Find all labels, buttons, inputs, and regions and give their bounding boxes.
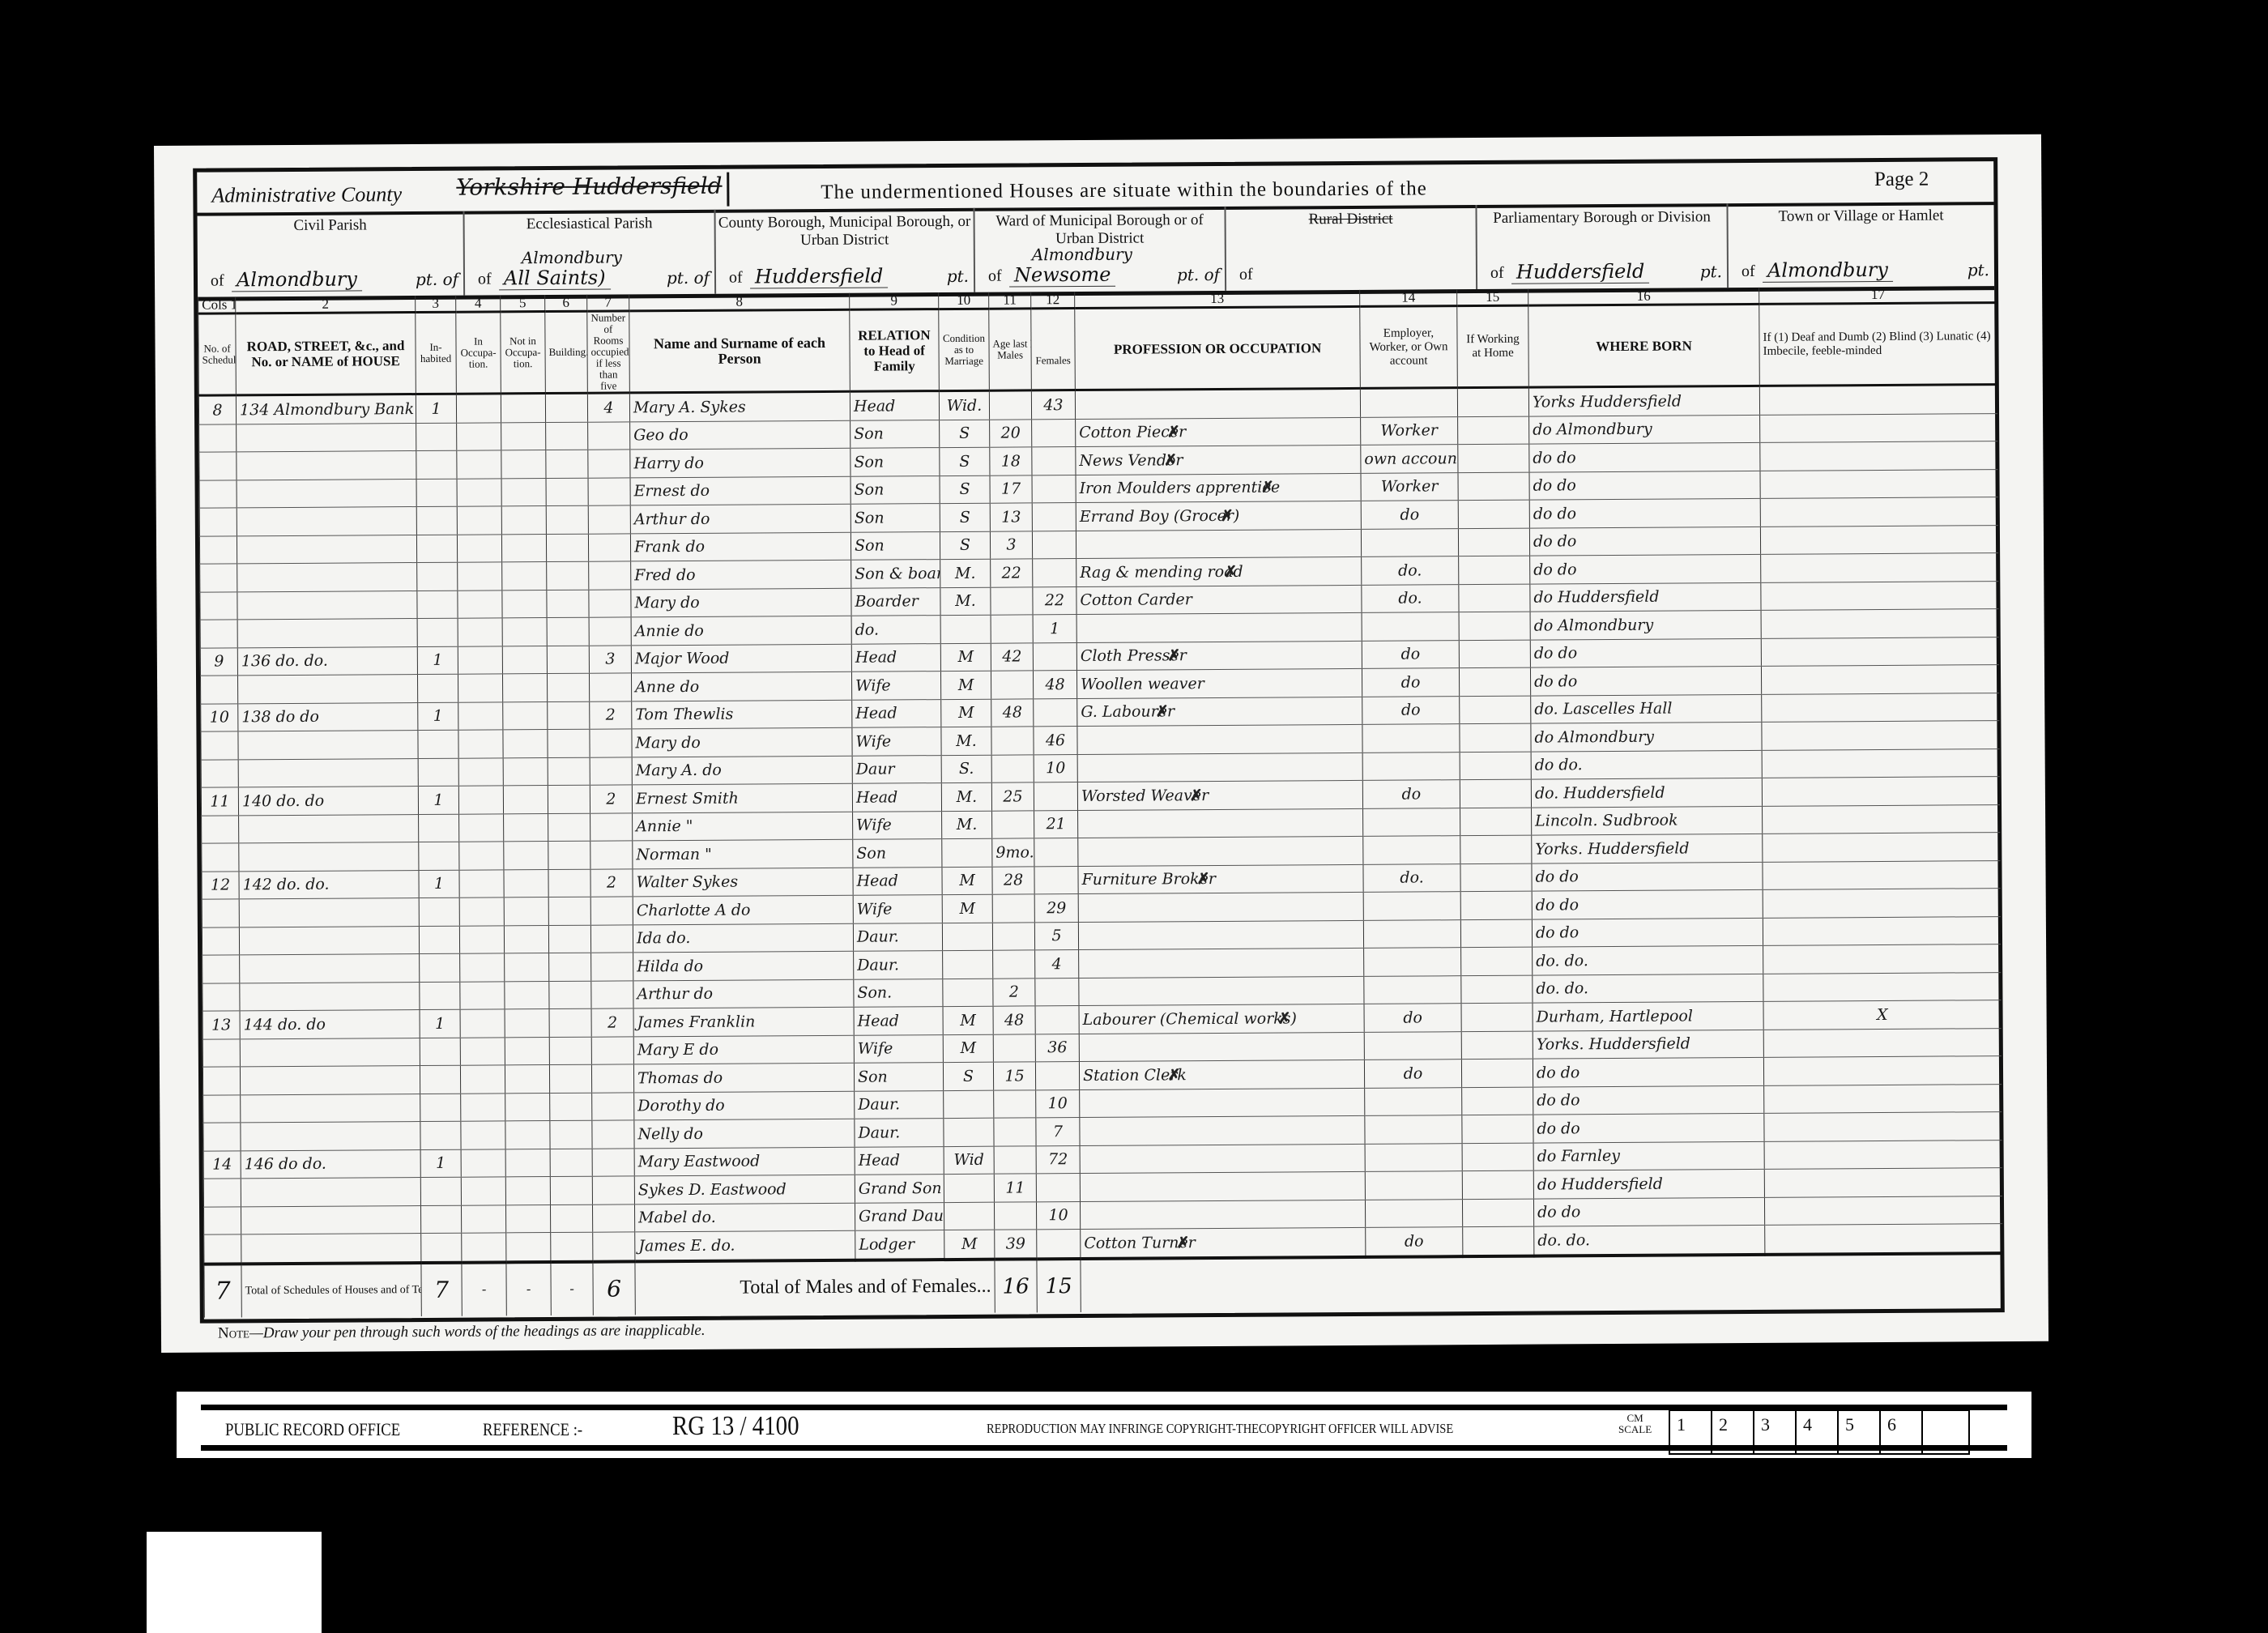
cell-occ xyxy=(1080,1088,1365,1118)
cell-inh xyxy=(417,618,458,646)
county-borough: County Borough, Municipal Borough, or Ur… xyxy=(715,208,975,294)
pencil-x-mark-icon: ✗ xyxy=(1184,787,1203,804)
cell-born: Durham, Hartlepool xyxy=(1533,1001,1763,1030)
cell-born: do Huddersfield xyxy=(1533,1169,1764,1198)
total-mf-label: Total of Males and of Females... xyxy=(635,1259,995,1315)
cell-sched: 14 xyxy=(203,1150,241,1179)
cell-born: do do xyxy=(1530,638,1761,667)
cell-sched xyxy=(202,1038,240,1067)
cell-name: Arthur do xyxy=(630,504,850,533)
cell-name: Norman " xyxy=(633,839,853,868)
cell-m xyxy=(992,922,1034,950)
cell-born: do do xyxy=(1529,471,1760,500)
cell-rooms xyxy=(591,980,633,1008)
cell-rel: Wife xyxy=(852,727,941,756)
header-occupation: PROFESSION OR OCCUPATION xyxy=(1075,306,1361,390)
cell-born: do Almondbury xyxy=(1531,722,1762,751)
cell-m xyxy=(994,1089,1036,1118)
total-schedules: 7 xyxy=(204,1264,241,1317)
cell-inf xyxy=(1765,1224,2002,1255)
cell-born: do do xyxy=(1529,442,1760,471)
cell-emp: do. xyxy=(1362,584,1459,612)
cell-occ: Furniture Broker ✗ xyxy=(1078,864,1363,894)
cell-born: do. do. xyxy=(1534,1225,1765,1256)
cell-occ: Worsted Weaver ✗ xyxy=(1077,780,1362,810)
cell-rooms xyxy=(593,1232,635,1261)
cell-road xyxy=(237,535,416,564)
cell-rooms xyxy=(590,897,633,925)
cell-emp: do xyxy=(1362,780,1460,808)
cell-inh: 1 xyxy=(417,646,458,675)
pencil-x-mark-icon: ✗ xyxy=(1219,563,1238,581)
header-building: Building. xyxy=(545,311,588,393)
cell-road: 140 do. do xyxy=(238,787,418,816)
cell-rooms xyxy=(592,1176,634,1204)
cell-cond: M. xyxy=(941,782,991,811)
cell-name: Hilda do xyxy=(633,951,854,980)
pencil-x-mark-icon: ✗ xyxy=(1255,479,1274,497)
cell-name: Annie do xyxy=(631,616,851,645)
cell-inf xyxy=(1763,889,2000,918)
town: Town or Village or Hamlet of Almondbury … xyxy=(1728,202,1994,288)
cell-cond: S xyxy=(940,475,990,504)
cell-emp xyxy=(1365,1115,1462,1144)
cell-born: do Farnley xyxy=(1533,1141,1764,1170)
cell-sched: 13 xyxy=(202,1011,240,1039)
cell-m: 48 xyxy=(991,698,1034,727)
cell-rel: Grand Son xyxy=(855,1175,944,1203)
cell-m: 3 xyxy=(990,531,1032,559)
cell-m: 28 xyxy=(992,866,1034,894)
cell-rel: Son xyxy=(853,839,942,868)
cell-rel: Son xyxy=(850,448,940,476)
cell-f xyxy=(1037,1230,1081,1259)
admin-county-label: Administrative County xyxy=(211,182,402,207)
cell-inf xyxy=(1762,777,1999,806)
cell-occ: Cotton Piecer ✗ xyxy=(1076,417,1361,447)
cell-cond: M xyxy=(941,699,991,727)
cell-f: 43 xyxy=(1031,390,1075,420)
cell-road xyxy=(237,591,417,620)
cell-born: do do. xyxy=(1531,750,1762,779)
cell-occ xyxy=(1078,892,1363,922)
census-sheet: Administrative County Yorkshire Huddersf… xyxy=(154,134,2048,1353)
census-frame: Administrative County Yorkshire Huddersf… xyxy=(193,157,2005,1324)
cell-m: 17 xyxy=(990,475,1032,503)
cell-inf xyxy=(1763,1028,2001,1057)
cell-cond: S xyxy=(940,503,990,531)
cell-emp: do xyxy=(1362,668,1459,697)
cell-occ: Errand Boy (Grocer) ✗ xyxy=(1076,501,1361,531)
cell-f xyxy=(1034,838,1078,867)
cell-name: Tom Thewlis xyxy=(632,700,852,729)
cell-sched: 9 xyxy=(200,647,237,676)
parliamentary-borough-value: Huddersfield xyxy=(1511,260,1650,284)
cell-inf xyxy=(1762,693,1999,722)
header-not-in-occupation: Not in Occupa-tion. xyxy=(501,312,546,394)
cell-m xyxy=(989,390,1031,420)
cell-inf xyxy=(1763,972,2001,1001)
cell-cond: Wid. xyxy=(939,390,989,420)
cell-inf xyxy=(1764,1112,2002,1141)
cell-inf xyxy=(1763,1056,2001,1085)
cell-emp: do xyxy=(1362,640,1459,668)
cell-name: Ernest do xyxy=(630,476,850,505)
cell-rel: Daur. xyxy=(855,1119,944,1147)
cell-sched xyxy=(203,1094,241,1123)
cell-m xyxy=(992,810,1034,838)
cell-road: 144 do. do xyxy=(240,1010,420,1039)
cell-sched xyxy=(204,1234,241,1264)
pencil-x-mark-icon: ✗ xyxy=(1150,703,1169,721)
cell-f: 46 xyxy=(1034,727,1077,755)
cell-m: 48 xyxy=(993,1006,1035,1034)
cell-name: Geo do xyxy=(630,420,850,450)
header-name: Name and Surname of each Person xyxy=(629,309,850,393)
cell-inh xyxy=(416,535,457,563)
cell-born: do do xyxy=(1530,666,1761,695)
header-inhabited: In-habited xyxy=(416,312,457,394)
cell-cond: M xyxy=(943,1034,993,1063)
cell-rel: Grand Daur xyxy=(855,1202,944,1230)
cell-born: do. Huddersfield xyxy=(1531,778,1762,807)
cell-m: 39 xyxy=(995,1230,1037,1259)
cell-road xyxy=(239,898,419,927)
white-calibration-box xyxy=(147,1532,322,1633)
reference-strip: PUBLIC RECORD OFFICE REFERENCE :- RG 13 … xyxy=(177,1392,2031,1458)
cell-name: Mary A. Sykes xyxy=(629,391,850,421)
cell-cond: S xyxy=(943,1062,993,1090)
cell-f: 5 xyxy=(1034,922,1078,950)
cell-occ: News Vendor ✗ xyxy=(1076,445,1361,475)
cell-sched: 11 xyxy=(201,787,238,816)
cell-inh: 1 xyxy=(418,702,458,731)
cell-cond: S. xyxy=(941,755,991,783)
cell-occ: Iron Moulders apprentice ✗ xyxy=(1076,473,1361,503)
cell-born: do do xyxy=(1532,918,1763,947)
cell-rooms xyxy=(591,1036,633,1064)
cell-rel: do. xyxy=(851,616,940,644)
cell-name: Arthur do xyxy=(633,979,854,1008)
cell-inf xyxy=(1761,665,1998,694)
cell-rooms xyxy=(589,561,631,590)
cell-born: do do xyxy=(1529,527,1760,556)
cell-emp xyxy=(1361,528,1458,556)
cell-cond: Wid xyxy=(944,1146,994,1175)
cell-inh xyxy=(420,1205,461,1234)
cell-rel: Son & boarder xyxy=(851,560,940,588)
cell-inh xyxy=(419,814,459,842)
cell-emp xyxy=(1364,975,1461,1004)
total-building: - xyxy=(551,1261,593,1315)
cell-occ xyxy=(1078,808,1363,838)
header-in-occupation: In Occupa-tion. xyxy=(456,312,501,394)
cell-inf xyxy=(1760,469,1997,498)
cell-m: 11 xyxy=(994,1174,1036,1202)
cell-rel: Daur. xyxy=(853,923,942,951)
cell-rooms xyxy=(588,477,630,505)
ward-value: Newsome xyxy=(1009,263,1116,288)
cell-emp: do xyxy=(1364,1060,1461,1088)
cell-name: Mabel do. xyxy=(634,1203,855,1232)
cell-inh xyxy=(416,479,457,507)
cell-name: Mary Eastwood xyxy=(634,1147,855,1176)
cell-born: do. do. xyxy=(1533,974,1763,1003)
cell-road xyxy=(237,423,416,452)
cell-f: 7 xyxy=(1036,1118,1080,1146)
cell-f: 36 xyxy=(1035,1034,1079,1062)
cell-road xyxy=(241,1234,421,1264)
total-males: 16 xyxy=(995,1259,1037,1312)
cell-born: Lincoln. Sudbrook xyxy=(1532,806,1763,835)
cell-inh xyxy=(420,1094,461,1122)
cell-sched xyxy=(200,620,237,648)
cm-scale-label: CMSCALE xyxy=(1618,1413,1652,1435)
pencil-x-mark-icon: ✗ xyxy=(1215,507,1234,525)
cell-cond: M xyxy=(940,671,991,699)
cell-road xyxy=(240,1066,420,1095)
cell-sched xyxy=(199,508,237,536)
cell-inf xyxy=(1763,860,2000,889)
cell-m xyxy=(991,671,1033,699)
cell-rel: Head xyxy=(855,1146,944,1175)
cell-occ: G. Labourer ✗ xyxy=(1077,697,1362,727)
cell-inf xyxy=(1760,441,1997,471)
cell-emp xyxy=(1363,919,1460,948)
cell-occ: Cotton Turner ✗ xyxy=(1081,1227,1366,1258)
cell-road xyxy=(240,982,420,1011)
cell-road xyxy=(237,479,416,508)
cell-name: James Franklin xyxy=(633,1007,854,1036)
cell-road xyxy=(241,1205,421,1234)
cell-emp: do xyxy=(1361,501,1458,529)
cell-road xyxy=(241,1122,420,1151)
cell-rel: Wife xyxy=(853,895,942,923)
cell-f xyxy=(1034,698,1077,727)
cell-inh: 1 xyxy=(420,1149,461,1178)
pencil-x-mark-icon: ✗ xyxy=(1273,1009,1291,1027)
cell-sched xyxy=(200,591,237,620)
cell-born: Yorks. Huddersfield xyxy=(1533,1030,1763,1059)
cell-road xyxy=(238,731,418,760)
cell-road xyxy=(241,1094,420,1123)
cell-cond xyxy=(940,615,991,643)
cell-born: do do xyxy=(1530,554,1761,583)
cell-emp: do. xyxy=(1362,556,1459,585)
cell-cond: M xyxy=(942,894,992,923)
cell-rel: Son xyxy=(850,420,940,448)
parliamentary-borough: Parliamentary Borough or Division of Hud… xyxy=(1477,203,1729,289)
cell-name: Dorothy do xyxy=(634,1091,855,1120)
cell-m xyxy=(994,1145,1036,1174)
cell-road: 134 Almondbury Bank xyxy=(236,394,416,424)
cell-rooms xyxy=(592,1204,634,1232)
cell-emp xyxy=(1362,612,1459,641)
cell-m: 18 xyxy=(990,447,1032,475)
cell-f xyxy=(1033,642,1076,671)
cell-occ xyxy=(1076,529,1361,559)
cell-born: do do xyxy=(1533,1197,1764,1226)
cell-f xyxy=(1034,782,1077,811)
cell-cond: M. xyxy=(942,811,992,839)
cell-name: Fred do xyxy=(631,560,851,589)
civil-parish: Civil Parish of Almondbury pt. of xyxy=(198,211,466,297)
cell-inf xyxy=(1761,637,1998,666)
pencil-x-mark-icon: ✗ xyxy=(1171,1234,1190,1251)
header-rooms: Number of Rooms occupied if less than fi… xyxy=(587,311,630,393)
cell-inf xyxy=(1762,748,1999,778)
cell-inh xyxy=(421,1233,462,1262)
cell-m xyxy=(991,754,1034,782)
cell-f: 22 xyxy=(1033,586,1076,615)
cell-born: do do xyxy=(1533,1113,1764,1142)
cell-cond xyxy=(944,1118,994,1146)
cell-sched xyxy=(199,424,237,452)
cell-f xyxy=(1032,475,1076,503)
cell-occ xyxy=(1079,948,1364,978)
cell-emp xyxy=(1364,1031,1461,1060)
cell-name: Mary A. do xyxy=(632,756,852,785)
pencil-x-mark-icon: ✗ xyxy=(1162,424,1180,441)
cell-rooms xyxy=(589,673,631,701)
cell-born: do. do. xyxy=(1533,945,1763,974)
cell-name: Thomas do xyxy=(633,1063,854,1092)
cell-inf xyxy=(1763,833,2000,862)
cell-name: Harry do xyxy=(630,448,850,477)
cell-rooms xyxy=(592,1092,634,1120)
office-label: PUBLIC RECORD OFFICE xyxy=(225,1419,400,1440)
cell-inh xyxy=(420,982,460,1010)
cell-rooms xyxy=(588,421,630,450)
cell-inf xyxy=(1763,804,2000,834)
intro-text: The undermentioned Houses are situate wi… xyxy=(821,177,1427,204)
cell-cond: M. xyxy=(941,727,991,755)
cell-name: Sykes D. Eastwood xyxy=(634,1175,855,1204)
cell-road xyxy=(237,619,417,648)
cell-cond xyxy=(944,1090,994,1119)
cell-emp xyxy=(1363,892,1460,920)
cell-rel: Head xyxy=(850,391,939,420)
cell-road: 138 do do xyxy=(238,702,418,731)
header-schedule: No. of Schedule xyxy=(198,313,237,395)
cell-sched xyxy=(204,1206,241,1234)
pencil-x-mark-icon: ✗ xyxy=(1192,870,1210,888)
cell-rel: Son xyxy=(850,531,940,560)
cell-rel: Son. xyxy=(854,979,943,1007)
cell-name: Ida do. xyxy=(633,923,853,953)
cell-inf xyxy=(1760,413,1997,442)
cell-sched xyxy=(199,535,237,564)
county-borough-value: Huddersfield xyxy=(750,264,889,288)
cell-road: 146 do do. xyxy=(241,1149,420,1179)
cell-name: Ernest Smith xyxy=(632,783,852,812)
cell-road xyxy=(239,814,419,843)
cell-f xyxy=(1034,866,1078,894)
header-where-born: WHERE BORN xyxy=(1528,304,1760,387)
cell-rel: Head xyxy=(852,783,941,812)
cell-road xyxy=(240,954,420,983)
cell-emp: do xyxy=(1366,1227,1463,1257)
cell-inh xyxy=(420,1065,460,1094)
cell-cond xyxy=(943,979,993,1007)
cell-f: 48 xyxy=(1033,671,1076,699)
cell-rel: Head xyxy=(853,867,942,895)
reference-value: RG 13 / 4100 xyxy=(672,1411,799,1442)
cell-born: do do xyxy=(1532,889,1763,919)
cell-emp xyxy=(1365,1171,1462,1200)
cell-inf xyxy=(1762,721,1999,750)
header-home: If Working at Home xyxy=(1457,305,1529,388)
cell-born: Yorks. Huddersfield xyxy=(1532,834,1763,863)
cell-occ: Labourer (Chemical works) ✗ xyxy=(1079,1004,1364,1034)
cell-name: Mary do xyxy=(631,588,851,617)
cell-born: do Huddersfield xyxy=(1530,582,1761,612)
pencil-x-mark-icon: ✗ xyxy=(1158,451,1177,469)
cell-sched xyxy=(202,815,239,843)
cell-f xyxy=(1033,559,1076,587)
cell-inf xyxy=(1764,1140,2002,1169)
cell-occ xyxy=(1077,724,1362,754)
cell-inh xyxy=(416,423,457,451)
cell-emp xyxy=(1365,1087,1462,1115)
cell-emp: do xyxy=(1362,696,1460,724)
cell-name: Mary E do xyxy=(633,1035,854,1064)
cell-cond: S xyxy=(940,531,990,560)
cell-m: 2 xyxy=(993,978,1035,1006)
cell-sched xyxy=(202,983,240,1011)
census-rows: 8134 Almondbury Bank14Mary A. SykesHeadW… xyxy=(198,385,2002,1264)
cell-sched xyxy=(203,1179,241,1207)
cell-occ xyxy=(1080,1115,1365,1145)
header-condition: Condition as to Marriage xyxy=(939,309,990,390)
cell-name: Frank do xyxy=(630,532,850,561)
cell-m xyxy=(994,1201,1036,1230)
cell-inf xyxy=(1759,385,1997,415)
cell-rooms xyxy=(589,617,631,646)
cell-f xyxy=(1036,1174,1080,1202)
cell-f: 29 xyxy=(1034,894,1078,923)
total-females: 15 xyxy=(1037,1259,1081,1312)
cell-f: 10 xyxy=(1036,1089,1080,1118)
cell-emp xyxy=(1363,836,1460,864)
cell-rooms: 4 xyxy=(587,393,629,422)
cell-f xyxy=(1035,1062,1079,1090)
cell-rooms xyxy=(588,533,630,561)
cell-f xyxy=(1032,503,1076,531)
cell-inh: 1 xyxy=(418,786,458,814)
cell-inh: 1 xyxy=(416,394,456,423)
cell-sched xyxy=(201,731,238,760)
cell-sched xyxy=(200,564,237,592)
note-text: Note—Draw your pen through such words of… xyxy=(218,1322,706,1343)
page-number: Page 2 xyxy=(1874,168,1929,191)
cell-inf xyxy=(1761,609,1998,638)
cell-inh xyxy=(420,1177,461,1205)
cell-f: 10 xyxy=(1034,754,1077,782)
pencil-x-mark-icon: ✗ xyxy=(1162,1066,1181,1084)
ecclesiastical-parish: Ecclesiastical Parish Almondbury of All … xyxy=(464,210,716,296)
cell-rooms xyxy=(591,953,633,981)
cell-cond xyxy=(944,1174,994,1202)
cell-inh xyxy=(420,1038,460,1066)
cell-rel: Daur xyxy=(852,755,941,783)
cell-rel: Head xyxy=(852,699,941,727)
cell-inh xyxy=(417,674,458,702)
cell-rooms: 2 xyxy=(591,1008,633,1037)
cell-rooms xyxy=(589,589,631,617)
cell-m xyxy=(993,950,1035,979)
cell-born: do Almondbury xyxy=(1530,610,1761,639)
